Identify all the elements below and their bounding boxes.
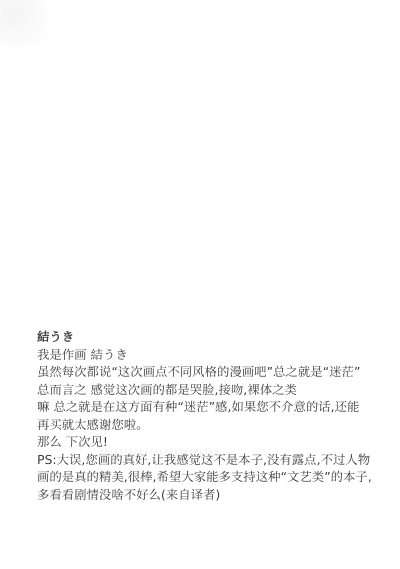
afterword-line-2: 总而言之 感觉这次画的都是哭脸,接吻,裸体之类 <box>37 382 393 400</box>
afterword-line-4: 再买就太感谢您啦。 <box>37 417 393 435</box>
translator-ps-line-1: PS:大误,您画的真好,让我感觉这不是本子,没有露点,不过人物 <box>37 452 393 470</box>
translator-ps-line-2: 画的是真的精美,很棒,希望大家能多支持这种“文艺类”的本子, <box>37 469 393 487</box>
afterword-closing-line: 那么 下次见! <box>37 434 393 452</box>
author-name: 結うき <box>37 329 393 347</box>
afterword-text-block: 結うき 我是作画 結うき 虽然每次都说“这次画点不同风格的漫画吧”总之就是“迷茫… <box>37 329 393 504</box>
afterword-line-3: 嘛 总之就是在这方面有种“迷茫”感,如果您不介意的话,还能 <box>37 399 393 417</box>
artist-credit-line: 我是作画 結うき <box>37 347 393 365</box>
afterword-line-1: 虽然每次都说“这次画点不同风格的漫画吧”总之就是“迷茫” <box>37 364 393 382</box>
translator-ps-line-3: 多看看剧情没啥不好么(来自译者) <box>37 487 393 505</box>
scan-artifact <box>0 0 47 46</box>
afterword-page: 結うき 我是作画 結うき 虽然每次都说“这次画点不同风格的漫画吧”总之就是“迷茫… <box>0 0 400 569</box>
